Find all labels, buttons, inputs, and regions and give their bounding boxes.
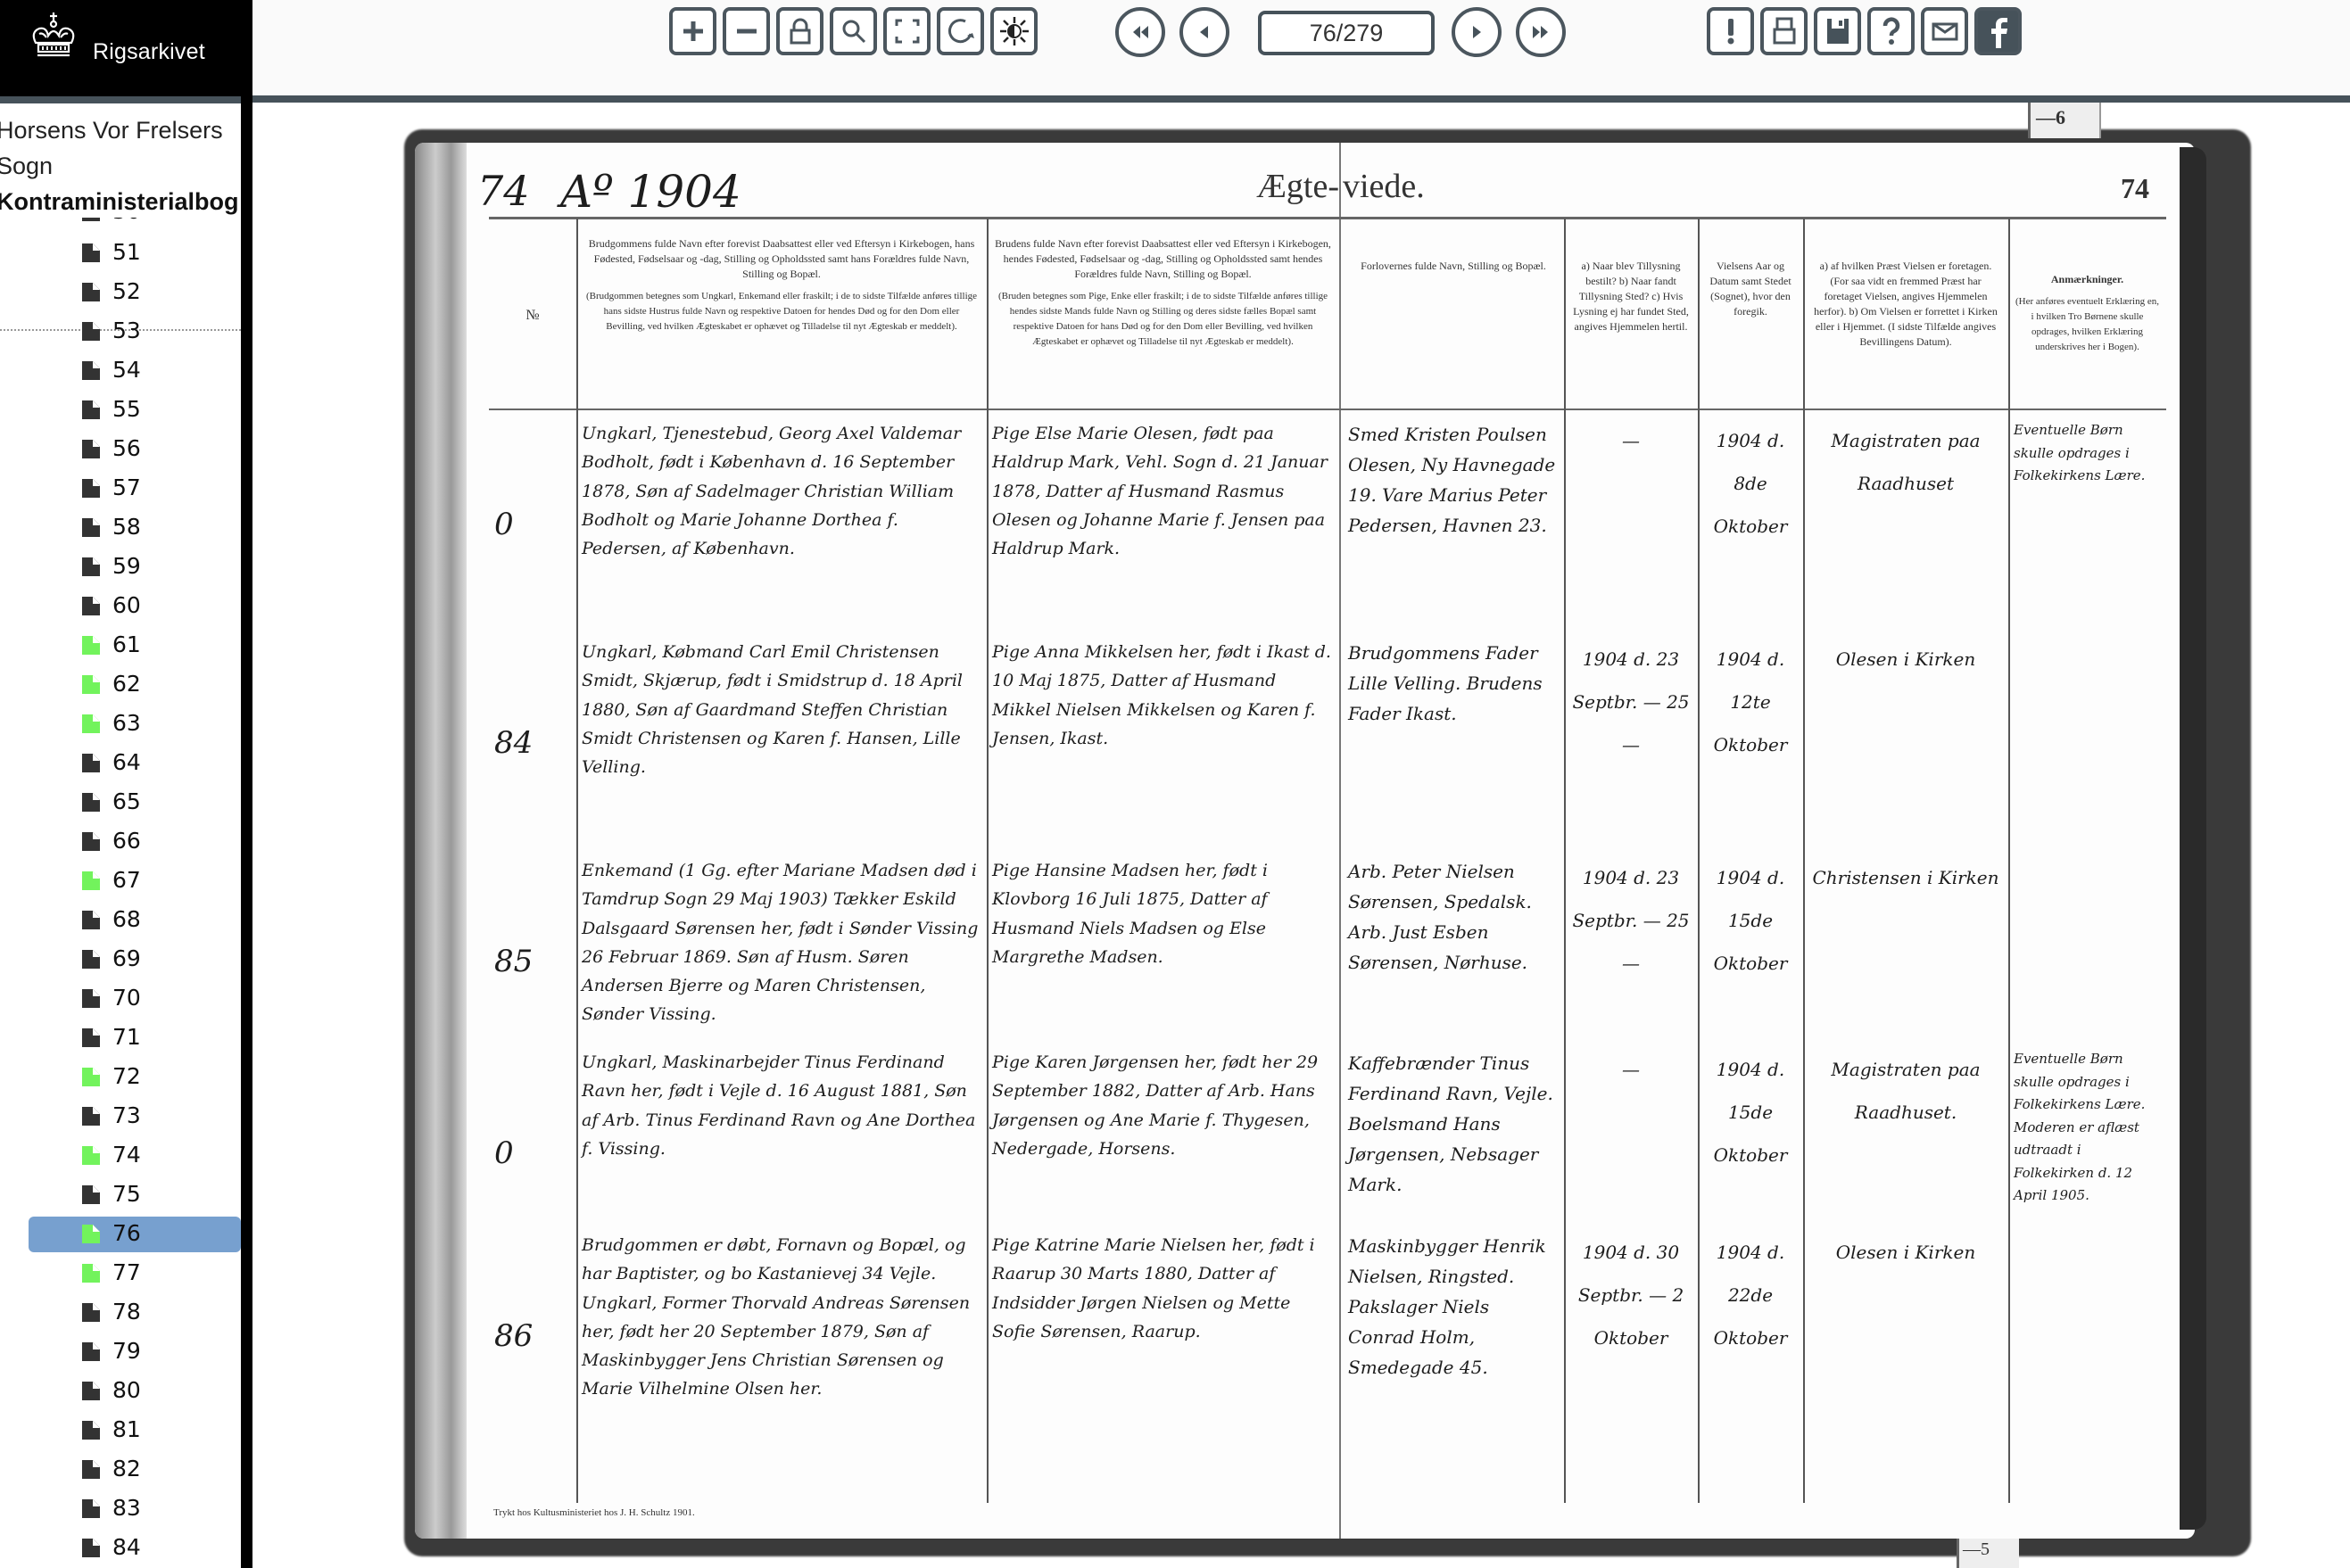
entry-groom: Enkemand (1 Gg. efter Mariane Madsen død… bbox=[582, 856, 981, 1029]
lock-button[interactable] bbox=[776, 7, 823, 55]
tree-item-66[interactable]: 66 bbox=[29, 824, 241, 860]
column-rule bbox=[987, 219, 989, 1503]
entry-priest: Magistraten paa Raadhuset. bbox=[1808, 1048, 2003, 1134]
document-icon bbox=[82, 1225, 100, 1243]
entry-date: 1904 d. 15de Oktober bbox=[1703, 1048, 1798, 1176]
first-page-button[interactable] bbox=[1115, 7, 1165, 57]
title-right: viede. bbox=[1343, 167, 1468, 206]
tree-item-79[interactable]: 79 bbox=[29, 1334, 241, 1370]
tree-item-65[interactable]: 65 bbox=[29, 785, 241, 821]
entry-date: 1904 d. 15de Oktober bbox=[1703, 856, 1798, 985]
tree-item-label: 50 bbox=[112, 218, 141, 224]
document-icon bbox=[82, 1460, 100, 1479]
entry-no: 86 bbox=[494, 1311, 571, 1363]
tree-item-label: 60 bbox=[112, 592, 141, 618]
column-header-bride: Brudens fulde Navn efter forevist Daabsa… bbox=[994, 236, 1332, 350]
document-icon bbox=[82, 793, 100, 812]
title-left: Ægte- bbox=[1234, 167, 1339, 206]
document-icon bbox=[82, 1382, 100, 1400]
document-icon bbox=[82, 243, 100, 262]
report-error-button[interactable] bbox=[1707, 7, 1754, 55]
column-header-date: Vielsens Aar og Datum samt Stedet (Sogne… bbox=[1705, 259, 1796, 319]
entry-date: 1904 d. 8de Oktober bbox=[1703, 419, 1798, 548]
tree-item-label: 71 bbox=[112, 1024, 141, 1050]
sidebar: Rigsarkivet Horsens Vor Frelsers Sogn Ko… bbox=[0, 0, 252, 1568]
column-rule bbox=[1803, 219, 1805, 1503]
entry-witnesses: Arb. Peter Nielsen Sørensen, Spedalsk. A… bbox=[1348, 856, 1559, 978]
tree-item-73[interactable]: 73 bbox=[29, 1099, 241, 1135]
column-header-remarks: Anmærkninger.(Her anføres eventuelt Erkl… bbox=[2015, 236, 2159, 355]
document-icon bbox=[82, 218, 100, 221]
document-icon bbox=[82, 832, 100, 851]
entry-groom: Brudgommen er døbt, Fornavn og Bopæl, og… bbox=[582, 1231, 981, 1404]
entry-remarks: Eventuelle Børn skulle opdrages i Folkek… bbox=[2014, 419, 2161, 488]
document-icon bbox=[82, 1342, 100, 1361]
tree-item-52[interactable]: 52 bbox=[29, 275, 241, 310]
entry-witnesses: Kaffebrænder Tinus Ferdinand Ravn, Vejle… bbox=[1348, 1048, 1559, 1200]
tree-item-label: 62 bbox=[112, 671, 141, 697]
email-icon bbox=[1928, 14, 1962, 48]
next-page-icon bbox=[1465, 21, 1488, 44]
tree-item-64[interactable]: 64 bbox=[29, 746, 241, 781]
margin-tab-bottom: —5 bbox=[1957, 1534, 2019, 1568]
tree-item-label: 75 bbox=[112, 1181, 141, 1207]
document-icon bbox=[82, 1264, 100, 1283]
entry-banns: 1904 d. 30 Septbr. — 2 Oktober bbox=[1569, 1231, 1692, 1359]
document-icon bbox=[82, 989, 100, 1008]
tree-item-label: 53 bbox=[112, 318, 141, 343]
left-page-number: 74 bbox=[477, 156, 530, 226]
save-button[interactable] bbox=[1814, 7, 1861, 55]
help-button[interactable] bbox=[1867, 7, 1915, 55]
entry-banns: 1904 d. 23 Septbr. — 25 — bbox=[1569, 856, 1692, 985]
last-page-icon bbox=[1529, 21, 1552, 44]
tree-item-label: 74 bbox=[112, 1142, 141, 1168]
entry-priest: Olesen i Kirken bbox=[1808, 638, 2003, 681]
document-icon bbox=[82, 754, 100, 772]
column-rule bbox=[1698, 219, 1700, 1503]
entry-date: 1904 d. 22de Oktober bbox=[1703, 1231, 1798, 1359]
document-icon bbox=[82, 1421, 100, 1440]
print-button[interactable] bbox=[1760, 7, 1808, 55]
magnifier-icon bbox=[837, 14, 871, 48]
fit-screen-icon bbox=[890, 14, 924, 48]
tree-item-label: 55 bbox=[112, 396, 141, 422]
tree-item-label: 54 bbox=[112, 357, 141, 383]
entry-priest: Christensen i Kirken bbox=[1808, 856, 2003, 899]
entry-bride: Pige Katrine Marie Nielsen her, født i R… bbox=[992, 1231, 1334, 1346]
tree-item-77[interactable]: 77 bbox=[29, 1256, 241, 1292]
tree-item-label: 51 bbox=[112, 239, 141, 265]
brand-name: Rigsarkivet bbox=[93, 39, 205, 65]
sidebar-divider bbox=[0, 96, 241, 103]
tree-item-label: 59 bbox=[112, 553, 141, 579]
column-header-priest: a) af hvilken Præst Vielsen er foretagen… bbox=[1810, 259, 2001, 350]
tree-item-label: 56 bbox=[112, 435, 141, 461]
document-icon bbox=[82, 871, 100, 890]
brightness-contrast-icon bbox=[997, 14, 1031, 48]
facebook-icon bbox=[1982, 14, 2015, 48]
tree-item-55[interactable]: 55 bbox=[29, 392, 241, 428]
entry-witnesses: Maskinbygger Henrik Nielsen, Ringsted. P… bbox=[1348, 1231, 1559, 1382]
entry-witnesses: Smed Kristen Poulsen Olesen, Ny Havnegad… bbox=[1348, 419, 1559, 541]
zoom-in-button[interactable] bbox=[669, 7, 716, 55]
page-number-input[interactable]: 76/279 bbox=[1258, 11, 1435, 55]
magnifier-button[interactable] bbox=[830, 7, 877, 55]
entry-banns: 1904 d. 23 Septbr. — 25 — bbox=[1569, 638, 1692, 766]
document-icon bbox=[82, 400, 100, 419]
tree-item-label: 81 bbox=[112, 1416, 141, 1442]
tree-item-label: 70 bbox=[112, 985, 141, 1011]
tree-item-label: 72 bbox=[112, 1063, 141, 1089]
entry-banns: — bbox=[1569, 419, 1692, 462]
tree-item-label: 58 bbox=[112, 514, 141, 540]
tree-item-label: 65 bbox=[112, 788, 141, 814]
document-icon bbox=[82, 1185, 100, 1204]
tree-item-53[interactable]: 53 bbox=[29, 314, 241, 350]
help-icon bbox=[1874, 14, 1908, 48]
column-rule bbox=[2008, 219, 2010, 1503]
tree-item-82[interactable]: 82 bbox=[29, 1452, 241, 1488]
tree-item-label: 57 bbox=[112, 475, 141, 500]
print-icon bbox=[1767, 14, 1801, 48]
entry-no: 0 bbox=[494, 499, 571, 551]
column-header-groom: Brudgommens fulde Navn efter forevist Da… bbox=[583, 236, 980, 334]
tree-item-56[interactable]: 56 bbox=[29, 432, 241, 467]
document-icon bbox=[82, 1028, 100, 1047]
toolbar: 76/279 bbox=[252, 0, 2350, 95]
entry-no: 0 bbox=[494, 1128, 571, 1180]
document-icon bbox=[82, 950, 100, 969]
page-edge-right bbox=[2180, 147, 2206, 1530]
tree-item-label: 79 bbox=[112, 1338, 141, 1364]
page-tree[interactable]: 5051525354555657585960616263646566676869… bbox=[0, 218, 241, 1568]
tree-item-59[interactable]: 59 bbox=[29, 549, 241, 585]
tree-item-label: 82 bbox=[112, 1456, 141, 1481]
breadcrumb-book-type[interactable]: Kontraministerialbog bbox=[0, 184, 246, 219]
document-icon bbox=[82, 714, 100, 733]
zoom-out-icon bbox=[730, 14, 764, 48]
tree-item-75[interactable]: 75 bbox=[29, 1177, 241, 1213]
next-page-button[interactable] bbox=[1452, 7, 1502, 57]
brand-header[interactable]: Rigsarkivet bbox=[0, 0, 241, 96]
document-icon bbox=[82, 479, 100, 498]
document-icon bbox=[82, 440, 100, 458]
document-icon bbox=[82, 911, 100, 929]
facebook-button[interactable] bbox=[1974, 7, 2022, 55]
column-rule bbox=[1564, 219, 1566, 1503]
tree-item-72[interactable]: 72 bbox=[29, 1060, 241, 1095]
document-icon bbox=[82, 1303, 100, 1322]
heading-rule bbox=[489, 217, 2166, 219]
rotate-icon bbox=[944, 14, 978, 48]
entry-priest: Olesen i Kirken bbox=[1808, 1231, 2003, 1274]
document-icon bbox=[82, 1499, 100, 1518]
tree-item-84[interactable]: 84 bbox=[29, 1531, 241, 1566]
image-viewer[interactable]: —6 —5 74 Aº 1904 Ægte- viede. 74 №Brudgo… bbox=[252, 103, 2350, 1568]
column-rule bbox=[576, 219, 578, 1503]
tree-item-label: 78 bbox=[112, 1299, 141, 1325]
printer-note: Trykt hos Kultusministeriet hos J. H. Sc… bbox=[493, 1507, 850, 1518]
document-icon bbox=[82, 361, 100, 380]
margin-tab-top: —6 bbox=[2028, 103, 2101, 138]
entry-bride: Pige Hansine Madsen her, født i Klovborg… bbox=[992, 856, 1334, 971]
tree-item-partial[interactable]: 50 bbox=[29, 218, 241, 230]
document-icon bbox=[82, 557, 100, 576]
tree-item-57[interactable]: 57 bbox=[29, 471, 241, 507]
rotate-button[interactable] bbox=[937, 7, 984, 55]
entry-banns: — bbox=[1569, 1048, 1692, 1091]
tree-item-label: 80 bbox=[112, 1377, 141, 1403]
tree-item-58[interactable]: 58 bbox=[29, 510, 241, 546]
column-header-no: № bbox=[496, 308, 569, 323]
document-icon bbox=[82, 1107, 100, 1126]
tree-item-71[interactable]: 71 bbox=[29, 1020, 241, 1056]
breadcrumb: Horsens Vor Frelsers Sogn Kontraminister… bbox=[0, 112, 246, 219]
tree-item-62[interactable]: 62 bbox=[29, 667, 241, 703]
breadcrumb-parish-line1[interactable]: Horsens Vor Frelsers bbox=[0, 112, 246, 148]
entry-date: 1904 d. 12te Oktober bbox=[1703, 638, 1798, 766]
entry-witnesses: Brudgommens Fader Lille Velling. Brudens… bbox=[1348, 638, 1559, 729]
tree-item-label: 73 bbox=[112, 1102, 141, 1128]
document-icon bbox=[82, 1068, 100, 1086]
previous-page-button[interactable] bbox=[1179, 7, 1229, 57]
tree-item-54[interactable]: 54 bbox=[29, 353, 241, 389]
tree-item-68[interactable]: 68 bbox=[29, 903, 241, 938]
tree-item-label: 66 bbox=[112, 828, 141, 854]
tree-item-74[interactable]: 74 bbox=[29, 1138, 241, 1174]
crown-icon bbox=[27, 11, 80, 64]
tree-item-label: 77 bbox=[112, 1259, 141, 1285]
first-page-icon bbox=[1129, 21, 1152, 44]
toolbar-divider bbox=[252, 95, 2350, 103]
document-icon bbox=[82, 322, 100, 341]
tree-item-label: 84 bbox=[112, 1534, 141, 1560]
tree-item-label: 83 bbox=[112, 1495, 141, 1521]
tree-item-78[interactable]: 78 bbox=[29, 1295, 241, 1331]
document-icon bbox=[82, 518, 100, 537]
save-icon bbox=[1821, 14, 1855, 48]
entry-no: 84 bbox=[494, 718, 571, 770]
entry-priest: Magistraten paa Raadhuset bbox=[1808, 419, 2003, 505]
tree-item-label: 69 bbox=[112, 945, 141, 971]
tree-item-label: 76 bbox=[112, 1220, 141, 1246]
tree-item-70[interactable]: 70 bbox=[29, 981, 241, 1017]
tree-item-label: 61 bbox=[112, 631, 141, 657]
document-icon bbox=[82, 1539, 100, 1557]
entry-groom: Ungkarl, Købmand Carl Emil Christensen S… bbox=[582, 638, 981, 781]
entry-bride: Pige Karen Jørgensen her, født her 29 Se… bbox=[992, 1048, 1334, 1163]
report-error-icon bbox=[1714, 14, 1748, 48]
right-page-number: 74 bbox=[2117, 172, 2153, 205]
tree-item-67[interactable]: 67 bbox=[29, 863, 241, 899]
tree-item-61[interactable]: 61 bbox=[29, 628, 241, 664]
header-bottom-rule bbox=[489, 409, 2166, 410]
entry-groom: Ungkarl, Maskinarbejder Tinus Ferdinand … bbox=[582, 1048, 981, 1163]
previous-page-icon bbox=[1193, 21, 1216, 44]
document-icon bbox=[82, 675, 100, 694]
contrast-button[interactable] bbox=[990, 7, 1038, 55]
zoom-out-button[interactable] bbox=[723, 7, 770, 55]
document-icon bbox=[82, 597, 100, 615]
tree-item-69[interactable]: 69 bbox=[29, 942, 241, 978]
zoom-in-icon bbox=[676, 14, 710, 48]
lock-icon bbox=[783, 14, 817, 48]
tree-item-label: 63 bbox=[112, 710, 141, 736]
tree-item-80[interactable]: 80 bbox=[29, 1374, 241, 1409]
scanned-page[interactable]: —6 —5 74 Aº 1904 Ægte- viede. 74 №Brudgo… bbox=[386, 103, 2349, 1568]
entry-bride: Pige Else Marie Olesen, født paa Haldrup… bbox=[992, 419, 1334, 563]
column-header-banns: a) Naar blev Tillysning bestilt? b) Naar… bbox=[1571, 259, 1691, 334]
tree-item-label: 64 bbox=[112, 749, 141, 775]
tree-item-83[interactable]: 83 bbox=[29, 1491, 241, 1527]
document-icon bbox=[82, 1146, 100, 1165]
email-button[interactable] bbox=[1921, 7, 1968, 55]
fit-screen-button[interactable] bbox=[883, 7, 931, 55]
breadcrumb-parish-line2[interactable]: Sogn bbox=[0, 148, 246, 184]
tree-item-label: 68 bbox=[112, 906, 141, 932]
document-icon bbox=[82, 636, 100, 655]
tree-item-51[interactable]: 51 bbox=[29, 235, 241, 271]
last-page-button[interactable] bbox=[1516, 7, 1566, 57]
book-gutter bbox=[1339, 143, 1341, 1539]
entry-bride: Pige Anna Mikkelsen her, født i Ikast d.… bbox=[992, 638, 1334, 753]
tree-item-63[interactable]: 63 bbox=[29, 706, 241, 742]
page-edge-left bbox=[415, 143, 467, 1539]
tree-item-60[interactable]: 60 bbox=[29, 589, 241, 624]
entry-groom: Ungkarl, Tjenestebud, Georg Axel Valdema… bbox=[582, 419, 981, 563]
entry-remarks: Eventuelle Børn skulle opdrages i Folkek… bbox=[2014, 1048, 2161, 1208]
entry-no: 85 bbox=[494, 937, 571, 988]
tree-item-81[interactable]: 81 bbox=[29, 1413, 241, 1448]
tree-item-76[interactable]: 76 bbox=[29, 1217, 241, 1252]
tree-item-label: 52 bbox=[112, 278, 141, 304]
tree-item-label: 67 bbox=[112, 867, 141, 893]
document-icon bbox=[82, 283, 100, 301]
column-header-witnesses: Forlovernes fulde Navn, Stilling og Bopæ… bbox=[1350, 259, 1557, 274]
